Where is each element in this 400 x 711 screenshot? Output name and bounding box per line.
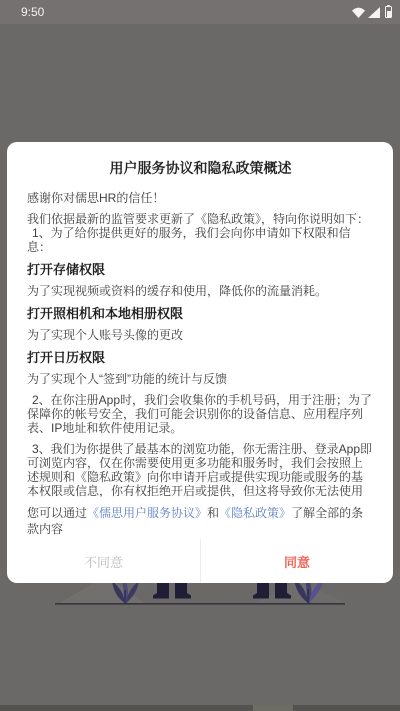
footer-prefix: 您可以通过: [27, 506, 87, 520]
battery-icon: [385, 6, 392, 18]
dialog-paragraph: 我们依据最新的监管要求更新了《隐私政策》，特向你说明如下：: [27, 212, 374, 226]
phone-screen: 9:50: [0, 0, 400, 711]
dialog-scroll-body[interactable]: 感谢你对儒思HR的信任！ 我们依据最新的监管要求更新了《隐私政策》，特向你说明如…: [27, 184, 374, 497]
dialog-paragraph: 感谢你对儒思HR的信任！: [27, 191, 374, 205]
permission-heading-calendar: 打开日历权限: [27, 350, 374, 365]
dialog-paragraph: 2、在你注册App时，我们会收集你的手机号码，用于注册；为了保障你的帐号安全，我…: [27, 393, 374, 435]
status-icons: [352, 6, 392, 18]
footer-conjunction: 和: [207, 506, 219, 520]
user-agreement-link[interactable]: 《儒思用户服务协议》: [87, 506, 207, 520]
privacy-policy-link[interactable]: 《隐私政策》: [219, 506, 291, 520]
dialog-paragraph: 1、为了给你提供更好的服务，我们会向你申请如下权限和信息：: [27, 226, 374, 254]
dialog-paragraph: 为了实现个人账号头像的更改: [27, 328, 374, 342]
permission-heading-storage: 打开存储权限: [27, 262, 374, 277]
wifi-icon: [352, 7, 365, 18]
privacy-dialog: 用户服务协议和隐私政策概述 感谢你对儒思HR的信任！ 我们依据最新的监管要求更新…: [7, 142, 393, 583]
status-time: 9:50: [21, 5, 44, 19]
dialog-paragraph: 为了实现视频或资料的缓存和使用，降低你的流量消耗。: [27, 284, 374, 298]
home-indicator[interactable]: [253, 705, 293, 711]
agreement-links-line: 您可以通过《儒思用户服务协议》和《隐私政策》了解全部的条款内容: [27, 505, 374, 537]
dialog-button-row: 不同意 同意: [7, 539, 393, 583]
dialog-title: 用户服务协议和隐私政策概述: [27, 158, 374, 178]
navigation-bar: [0, 705, 400, 711]
disagree-button[interactable]: 不同意: [7, 539, 200, 583]
status-bar: 9:50: [0, 0, 400, 24]
permission-heading-camera: 打开照相机和本地相册权限: [27, 306, 374, 321]
signal-icon: [368, 7, 380, 18]
dialog-paragraph: 为了实现个人“签到”功能的统计与反馈: [27, 372, 374, 386]
dialog-paragraph: 3、我们为你提供了最基本的浏览功能，你无需注册、登录App即可浏览内容，仅在你需…: [27, 442, 374, 497]
agree-button[interactable]: 同意: [200, 539, 393, 583]
